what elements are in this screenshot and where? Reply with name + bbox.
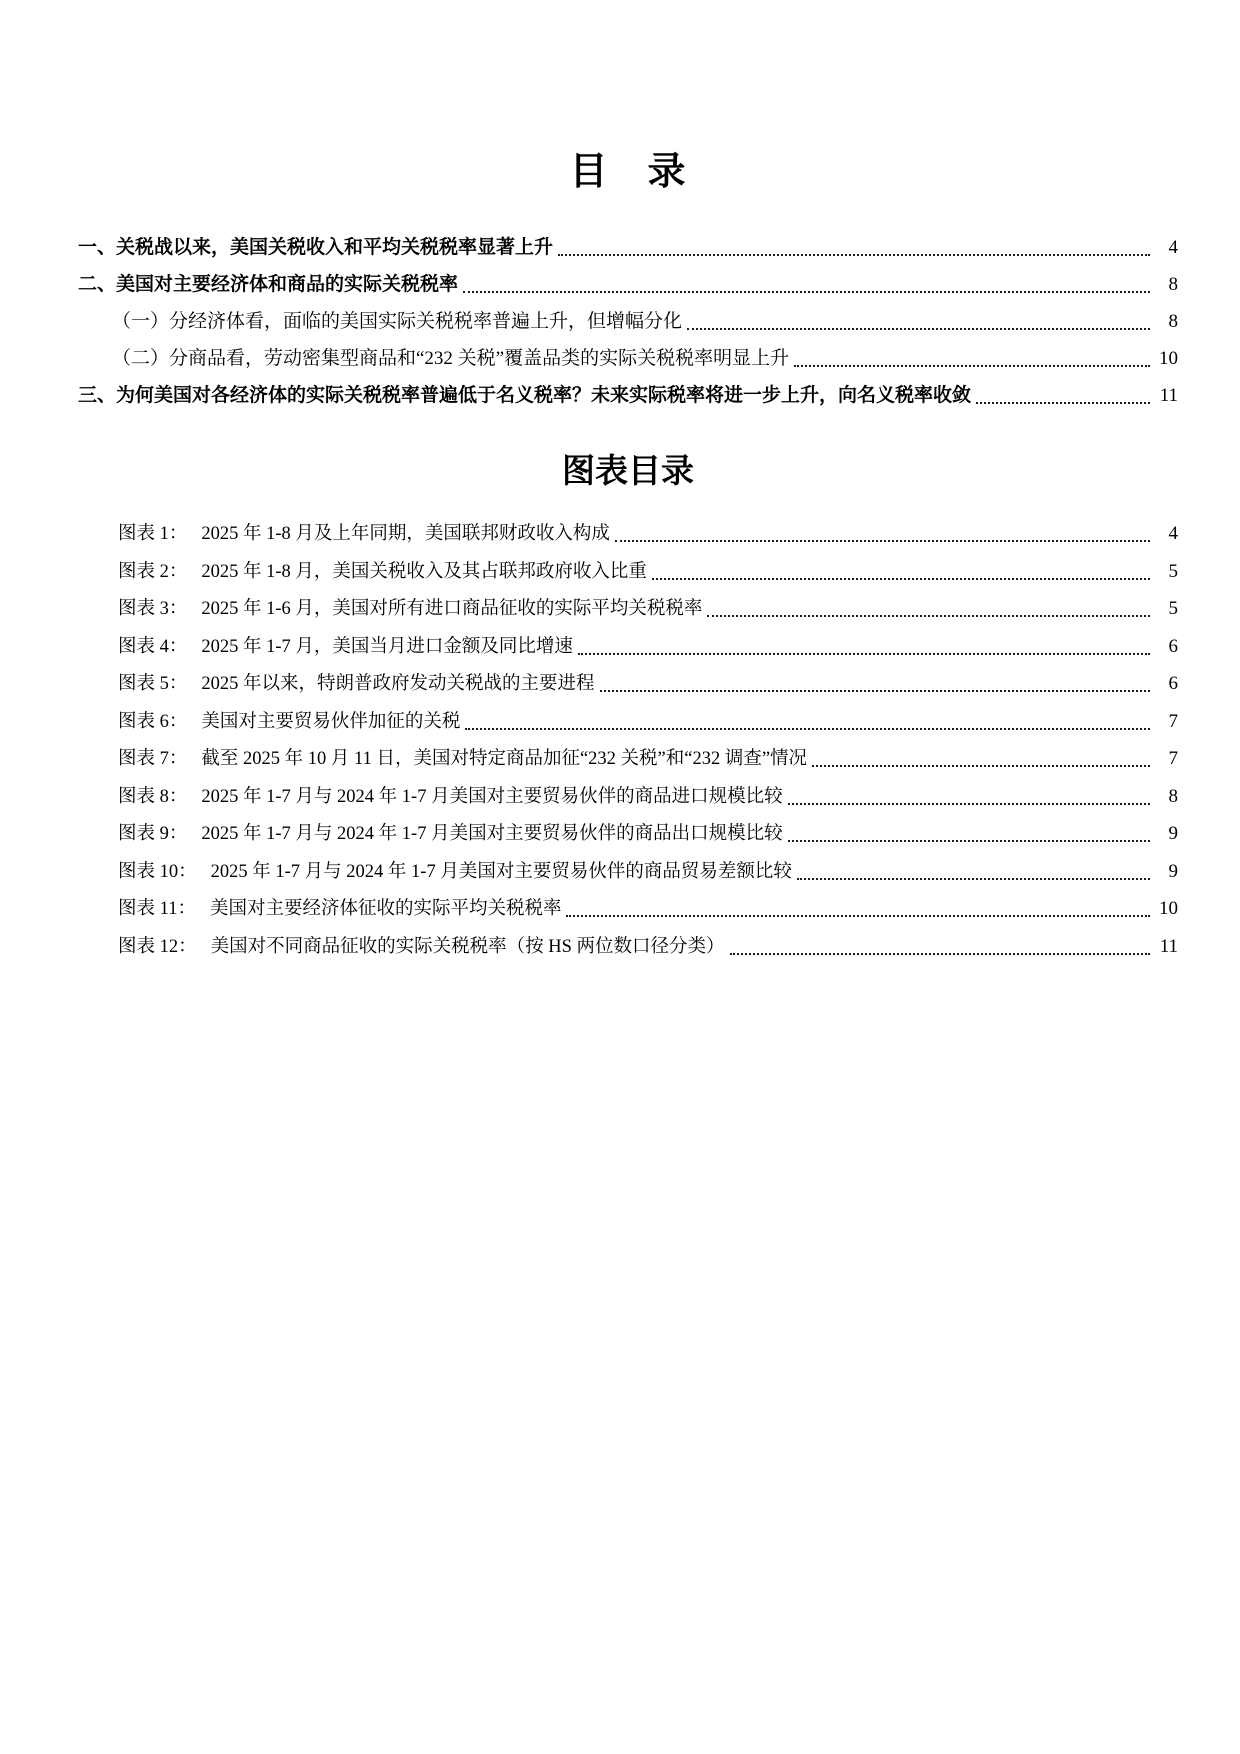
figure-entry-title: 美国对不同商品征收的实际关税税率（按 HS 两位数口径分类） [211,935,725,959]
dot-leader [788,840,1150,842]
figure-entry-title: 2025 年 1-7 月与 2024 年 1-7 月美国对主要贸易伙伴的商品出口… [201,822,782,846]
figure-entry-title: 2025 年 1-7 月，美国当月进口金额及同比增速 [201,635,573,659]
figure-entry-title: 2025 年 1-6 月，美国对所有进口商品征收的实际平均关税税率 [201,597,702,621]
figure-entry-page: 7 [1154,747,1178,771]
dot-leader [687,328,1150,330]
figure-entry-page: 9 [1154,860,1178,884]
figure-entry-12[interactable]: 图表 12： 美国对不同商品征收的实际关税税率（按 HS 两位数口径分类） 11 [118,935,1178,959]
toc-entry-2-1[interactable]: （一）分经济体看，面临的美国实际关税税率普遍上升，但增幅分化 8 [78,310,1178,334]
figure-entry-label: 图表 2： [118,560,187,584]
figure-entry-9[interactable]: 图表 9： 2025 年 1-7 月与 2024 年 1-7 月美国对主要贸易伙… [118,822,1178,846]
figure-entry-1[interactable]: 图表 1： 2025 年 1-8 月及上年同期，美国联邦财政收入构成 4 [118,522,1178,546]
figure-entry-label: 图表 7： [118,747,187,771]
toc-entry-title: （二）分商品看，劳动密集型商品和“232 关税”覆盖品类的实际关税税率明显上升 [112,347,789,371]
dot-leader [465,728,1150,730]
dot-leader [558,254,1150,256]
figure-entry-page: 9 [1154,822,1178,846]
toc-entry-title: 二、美国对主要经济体和商品的实际关税税率 [78,273,458,297]
figure-entry-8[interactable]: 图表 8： 2025 年 1-7 月与 2024 年 1-7 月美国对主要贸易伙… [118,785,1178,809]
toc-entry-title: （一）分经济体看，面临的美国实际关税税率普遍上升，但增幅分化 [112,310,682,334]
dot-leader [463,291,1150,293]
figure-entry-page: 11 [1154,935,1178,959]
figure-entry-page: 8 [1154,785,1178,809]
dot-leader [652,578,1150,580]
toc-entry-page: 11 [1154,384,1178,408]
figure-index: 图表 1： 2025 年 1-8 月及上年同期，美国联邦财政收入构成 4 图表 … [78,522,1178,959]
toc-entry-title: 一、关税战以来，美国关税收入和平均关税税率显著上升 [78,236,553,260]
figure-entry-title: 2025 年以来，特朗普政府发动关税战的主要进程 [201,672,594,696]
figure-entry-title: 美国对主要贸易伙伴加征的关税 [201,710,460,734]
toc-entry-page: 4 [1154,236,1178,260]
figure-entry-title: 截至 2025 年 10 月 11 日，美国对特定商品加征“232 关税”和“2… [201,747,807,771]
figure-entry-6[interactable]: 图表 6： 美国对主要贸易伙伴加征的关税 7 [118,710,1178,734]
figure-entry-label: 图表 1： [118,522,187,546]
figure-entry-page: 5 [1154,560,1178,584]
figure-entry-title: 2025 年 1-7 月与 2024 年 1-7 月美国对主要贸易伙伴的商品进口… [201,785,782,809]
toc-entry-2[interactable]: 二、美国对主要经济体和商品的实际关税税率 8 [78,273,1178,297]
toc-title: 目 录 [78,148,1178,196]
figure-entry-2[interactable]: 图表 2： 2025 年 1-8 月，美国关税收入及其占联邦政府收入比重 5 [118,560,1178,584]
figure-index-title: 图表目录 [78,450,1178,494]
dot-leader [788,803,1150,805]
figure-entry-page: 5 [1154,597,1178,621]
figure-entry-title: 2025 年 1-7 月与 2024 年 1-7 月美国对主要贸易伙伴的商品贸易… [211,860,792,884]
toc-entry-page: 8 [1154,273,1178,297]
figure-entry-label: 图表 6： [118,710,187,734]
figure-entry-page: 6 [1154,672,1178,696]
toc-entry-1[interactable]: 一、关税战以来，美国关税收入和平均关税税率显著上升 4 [78,236,1178,260]
figure-entry-11[interactable]: 图表 11： 美国对主要经济体征收的实际平均关税税率 10 [118,897,1178,921]
toc-entry-3[interactable]: 三、为何美国对各经济体的实际关税税率普遍低于名义税率？未来实际税率将进一步上升，… [78,384,1178,408]
document-page: 目 录 一、关税战以来，美国关税收入和平均关税税率显著上升 4 二、美国对主要经… [0,0,1240,1754]
dot-leader [566,915,1150,917]
table-of-contents: 一、关税战以来，美国关税收入和平均关税税率显著上升 4 二、美国对主要经济体和商… [78,236,1178,408]
toc-entry-title: 三、为何美国对各经济体的实际关税税率普遍低于名义税率？未来实际税率将进一步上升，… [78,384,971,408]
figure-entry-10[interactable]: 图表 10： 2025 年 1-7 月与 2024 年 1-7 月美国对主要贸易… [118,860,1178,884]
figure-entry-page: 10 [1154,897,1178,921]
figure-entry-label: 图表 8： [118,785,187,809]
figure-entry-label: 图表 9： [118,822,187,846]
figure-entry-title: 美国对主要经济体征收的实际平均关税税率 [210,897,562,921]
figure-entry-label: 图表 3： [118,597,187,621]
figure-entry-7[interactable]: 图表 7： 截至 2025 年 10 月 11 日，美国对特定商品加征“232 … [118,747,1178,771]
dot-leader [600,690,1150,692]
toc-entry-page: 10 [1154,347,1178,371]
dot-leader [812,765,1150,767]
dot-leader [797,878,1150,880]
dot-leader [794,365,1150,367]
figure-entry-5[interactable]: 图表 5： 2025 年以来，特朗普政府发动关税战的主要进程 6 [118,672,1178,696]
figure-entry-4[interactable]: 图表 4： 2025 年 1-7 月，美国当月进口金额及同比增速 6 [118,635,1178,659]
figure-entry-label: 图表 12： [118,935,197,959]
figure-entry-label: 图表 4： [118,635,187,659]
dot-leader [578,653,1150,655]
figure-entry-title: 2025 年 1-8 月，美国关税收入及其占联邦政府收入比重 [201,560,647,584]
figure-entry-title: 2025 年 1-8 月及上年同期，美国联邦财政收入构成 [201,522,610,546]
dot-leader [615,540,1150,542]
toc-entry-2-2[interactable]: （二）分商品看，劳动密集型商品和“232 关税”覆盖品类的实际关税税率明显上升 … [78,347,1178,371]
figure-entry-page: 7 [1154,710,1178,734]
toc-entry-page: 8 [1154,310,1178,334]
dot-leader [976,402,1150,404]
figure-entry-3[interactable]: 图表 3： 2025 年 1-6 月，美国对所有进口商品征收的实际平均关税税率 … [118,597,1178,621]
figure-entry-label: 图表 11： [118,897,196,921]
figure-entry-label: 图表 5： [118,672,187,696]
dot-leader [730,953,1150,955]
figure-entry-page: 4 [1154,522,1178,546]
dot-leader [707,615,1150,617]
figure-entry-page: 6 [1154,635,1178,659]
figure-entry-label: 图表 10： [118,860,197,884]
